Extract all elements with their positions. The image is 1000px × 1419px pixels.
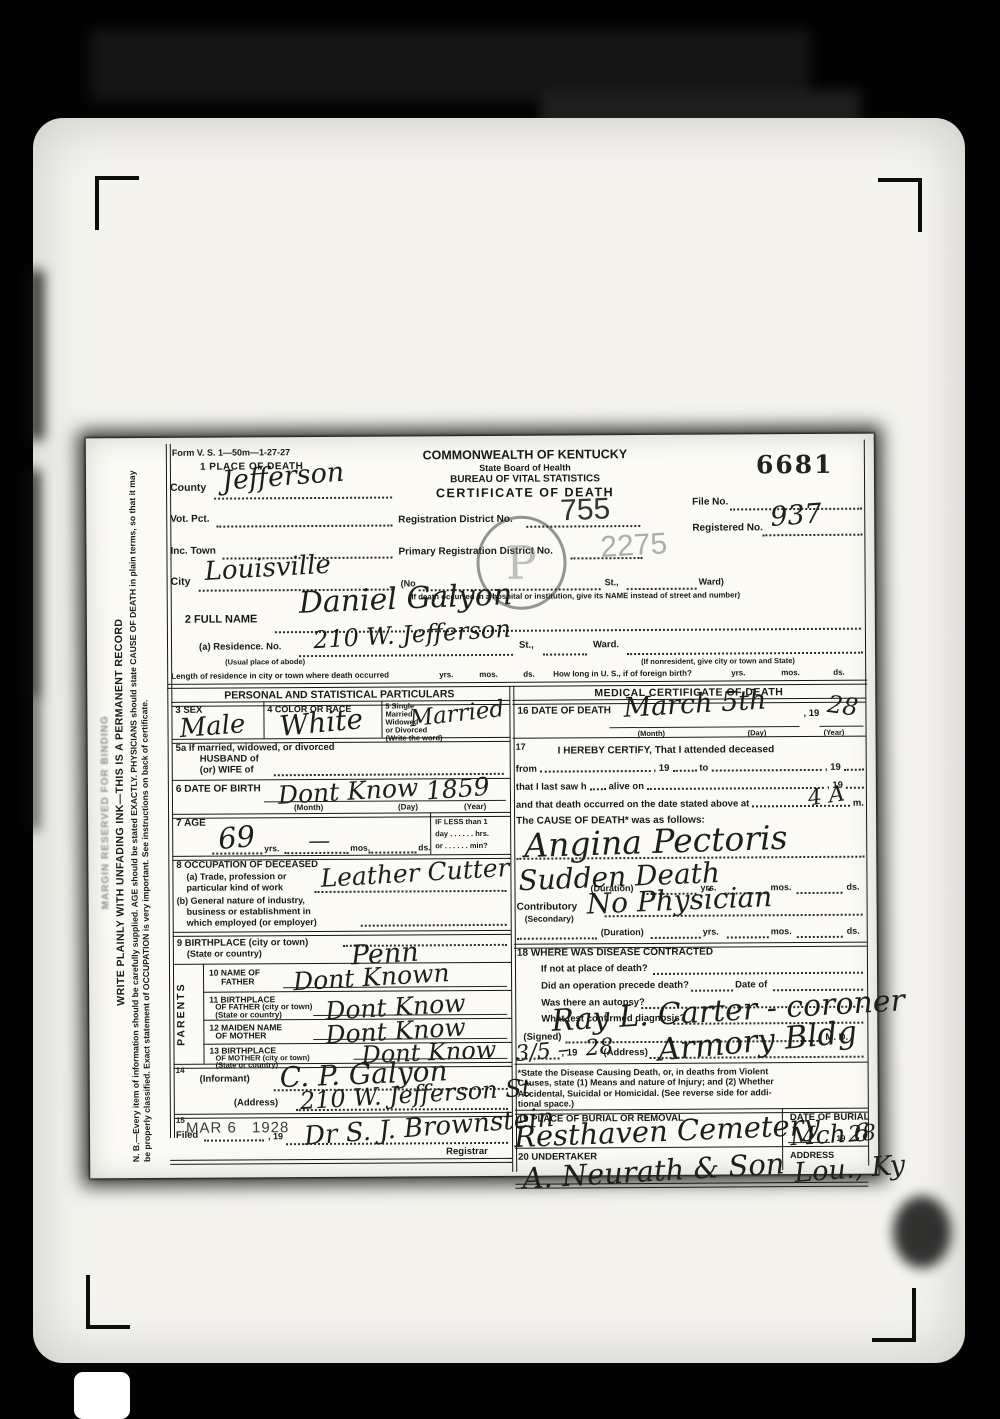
wife-of-label: (or) WIFE of	[200, 764, 254, 775]
filed-label: Filed	[176, 1130, 198, 1141]
occupation-a2: particular kind of work	[186, 882, 283, 893]
commonwealth-title: COMMONWEALTH OF KENTUCKY	[396, 447, 654, 463]
operation-label: Did an operation precede death?	[541, 980, 689, 992]
occupation-a-line	[315, 890, 507, 893]
sex-cell-border	[263, 701, 264, 738]
informant-address-label: (Address)	[234, 1097, 278, 1108]
file-no-label: File No.	[692, 496, 728, 507]
corner-bracket-bottom-right	[872, 1288, 916, 1342]
secondary-label: (Secondary)	[525, 913, 574, 923]
duration-line3	[797, 892, 843, 894]
certify-statement: I HEREBY CERTIFY, That I attended deceas…	[558, 744, 775, 756]
race-cell-border	[381, 701, 382, 738]
disease-contracted-label: 18 WHERE WAS DISEASE CONTRACTED	[517, 947, 713, 959]
left-bottom-rule	[170, 1158, 512, 1165]
age-months-dash: —	[308, 831, 330, 853]
dod-rule	[513, 736, 866, 739]
age-value: 69	[217, 822, 256, 854]
edge-smudge	[27, 470, 40, 700]
dod-year-line	[820, 726, 864, 727]
age-yrs-label: yrs.	[264, 843, 279, 853]
contributory-line	[605, 914, 863, 918]
cause-footnote: *State the Disease Causing Death, or, in…	[518, 1066, 866, 1110]
parents-label: PARENTS	[175, 974, 189, 1054]
dob-day-label: (Day)	[398, 802, 418, 811]
us-mos: mos.	[781, 668, 800, 677]
duration2-ds: ds.	[847, 926, 860, 936]
residence-ward-line	[543, 653, 587, 655]
age-line1	[212, 852, 262, 854]
date-of-birth-label: 6 DATE OF BIRTH	[176, 783, 261, 795]
age-line2	[284, 852, 348, 854]
mother-name-label2: OF MOTHER	[215, 1030, 266, 1040]
husband-of-label: HUSBAND of	[200, 753, 259, 764]
occupation-value: Leather Cutter	[320, 855, 510, 891]
certificate-title: CERTIFICATE OF DEATH	[396, 485, 654, 501]
occupation-b1: (b) General nature of industry,	[177, 895, 305, 906]
duration-ds: ds.	[846, 882, 859, 892]
filed-line	[204, 1139, 264, 1141]
sign-date-line	[518, 1058, 560, 1060]
corner-bracket-bottom-left	[86, 1275, 130, 1329]
form-area: Form V. S. 1—50m—1-27-27 1 PLACE OF DEAT…	[170, 440, 870, 1172]
death-hour-value: 4 A	[807, 783, 847, 810]
inc-town-label: Inc. Town	[170, 546, 215, 557]
duration2-line2	[727, 936, 769, 938]
age-label: 7 AGE	[176, 818, 206, 829]
sex-value: Male	[179, 711, 247, 742]
residence-value: 210 W. Jefferson	[312, 617, 511, 653]
duration2-mos: mos.	[771, 926, 792, 936]
vot-pct-line	[216, 525, 392, 528]
duration2-yrs: yrs.	[703, 927, 719, 937]
dob-year-label: (Year)	[464, 802, 486, 811]
burial-year-value: 28	[847, 1123, 877, 1147]
duration2-line3	[797, 936, 843, 938]
registrar-label: Registrar	[446, 1146, 488, 1157]
registered-no-value: 937	[769, 500, 822, 531]
age-ds-label: ds.	[418, 842, 430, 852]
s17-number: 17	[516, 742, 526, 752]
s14-number: 14	[176, 1066, 185, 1075]
birthplace-label: 9 BIRTHPLACE (city or town)	[177, 937, 308, 949]
not-at-place-label: If not at place of death?	[541, 963, 648, 975]
binding-note: MARGIN RESERVED FOR BINDING	[98, 462, 113, 1162]
us-yrs: yrs.	[731, 668, 745, 677]
operation-line	[691, 989, 733, 991]
date-of-death-label: 16 DATE OF DEATH	[517, 705, 611, 717]
dob-month-label: (Month)	[294, 803, 323, 812]
primary-registration-stamp: 2275	[599, 527, 668, 565]
duration-mos: mos.	[770, 882, 791, 892]
nonresident-note: (If nonresident, give city or town and S…	[641, 656, 795, 666]
residence-ward-label: Ward.	[593, 639, 619, 650]
edge-smudge	[29, 700, 39, 830]
duration2-label: (Duration)	[601, 927, 644, 937]
date-of-death-value: March 5th	[623, 687, 768, 722]
nb-note: N. B.—Every item of information should b…	[127, 462, 154, 1162]
race-value: White	[278, 705, 364, 741]
married-widowed-label: 5a If married, widowed, or divorced	[176, 742, 335, 754]
scanned-photo: MARGIN RESERVED FOR BINDING WRITE PLAINL…	[0, 0, 1000, 1419]
registered-no-line	[762, 534, 862, 537]
address-paren-label: (Address)	[603, 1047, 647, 1058]
occupation-b2: business or establishment in	[187, 906, 311, 917]
county-label: County	[170, 482, 206, 494]
occupation-rule	[173, 930, 511, 937]
dod-year-value: 28	[826, 692, 859, 720]
birthplace-label2: (State or country)	[187, 948, 262, 958]
certify-from-line: from , 19 to , 19	[516, 762, 864, 775]
residence-st-label: St.,	[519, 640, 534, 651]
how-long-label: How long in U. S., if of foreign birth?	[553, 669, 692, 679]
burial-19-label: , 19	[832, 1134, 845, 1143]
film-sprocket-mark	[74, 1372, 130, 1419]
st-label: St.,	[605, 577, 619, 587]
county-value: Jefferson	[221, 459, 345, 495]
dod-19-label: , 19	[803, 708, 819, 719]
city-label: City	[171, 576, 191, 588]
occupation-b-line	[361, 924, 507, 927]
bureau-subtitle: BUREAU OF VITAL STATISTICS	[396, 473, 654, 486]
residence-tail-line	[627, 652, 863, 655]
county-line	[214, 497, 392, 500]
abode-note: (Usual place of abode)	[225, 657, 305, 666]
st-line	[627, 588, 697, 590]
us-ds: ds.	[833, 668, 845, 677]
length-yrs: yrs.	[439, 670, 453, 679]
contributory-value: No Physician	[586, 883, 773, 919]
occupation-b3: which employed (or employer)	[187, 917, 317, 928]
informant-label: (Informant)	[200, 1073, 250, 1084]
s15-number: 15	[176, 1116, 185, 1125]
father-name-value: Dont Known	[292, 960, 450, 994]
registered-no-label: Registered No.	[692, 522, 763, 533]
state-board-subtitle: State Board of Health	[396, 462, 654, 474]
edge-smudge	[28, 270, 44, 440]
occupation-label: 8 OCCUPATION OF DECEASED	[176, 859, 318, 871]
length-residence-label: Length of residence in city or town wher…	[171, 671, 389, 681]
vot-pct-label: Vot. Pct.	[170, 514, 209, 525]
full-name-value: Daniel Galyon	[298, 580, 513, 619]
form-number: Form V. S. 1—50m—1-27-27	[172, 447, 290, 458]
write-plainly-note: WRITE PLAINLY WITH UNFADING INK—THIS IS …	[112, 462, 128, 1162]
length-mos: mos.	[479, 670, 498, 679]
full-name-label: 2 FULL NAME	[185, 613, 258, 625]
margin-notes: MARGIN RESERVED FOR BINDING WRITE PLAINL…	[98, 462, 154, 1162]
parents-strip-border	[203, 964, 205, 1064]
city-value: Louisville	[204, 552, 332, 585]
filed-19-label: , 19	[268, 1131, 283, 1141]
document-number: 6681	[756, 450, 834, 479]
residence-label: (a) Residence. No.	[199, 641, 281, 653]
occupation-a1: (a) Trade, profession or	[186, 871, 286, 882]
corner-bracket-top-left	[95, 176, 139, 230]
registration-district-stamp: 755	[560, 492, 611, 528]
columns-region: PERSONAL AND STATISTICAL PARTICULARS 3 S…	[171, 684, 870, 1174]
date-of-label: Date of	[735, 979, 767, 990]
age-line3	[368, 851, 416, 853]
if-less-label: IF LESS than 1 day . . . . . . hrs. or .…	[435, 816, 489, 852]
corner-smudge	[893, 1196, 951, 1268]
duration2-lead	[517, 937, 597, 939]
not-at-place-line	[653, 972, 863, 975]
father-bp-label3: (State or country)	[215, 1010, 282, 1019]
residence-line	[299, 654, 513, 657]
length-ds: ds.	[523, 670, 535, 679]
death-certificate-sheet: MARGIN RESERVED FOR BINDING WRITE PLAINL…	[86, 434, 879, 1179]
age-mos-label: mos.	[350, 843, 370, 853]
duration2-line1	[651, 937, 701, 939]
dod-line	[610, 726, 800, 728]
father-name-label2: FATHER	[221, 976, 254, 986]
corner-bracket-top-right	[878, 178, 922, 232]
sign-19-label: , 19	[561, 1047, 577, 1058]
if-less-cell-border	[430, 812, 431, 854]
contributory-label: Contributory	[517, 901, 578, 912]
ward-label: Ward)	[699, 577, 724, 587]
